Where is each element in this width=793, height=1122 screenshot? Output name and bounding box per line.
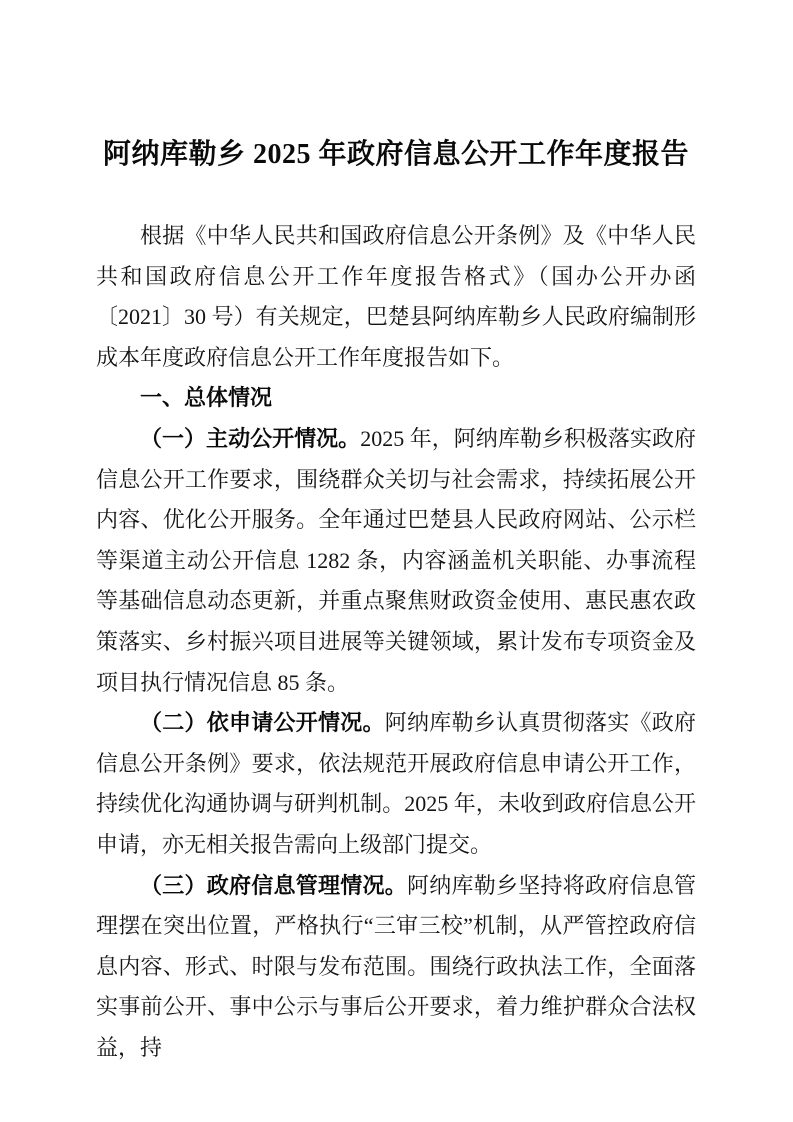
paragraph-proactive-disclosure: （一）主动公开情况。2025 年，阿纳库勒乡积极落实政府信息公开工作要求，围绕群… <box>96 419 696 703</box>
document-title: 阿纳库勒乡 2025 年政府信息公开工作年度报告 <box>96 131 696 179</box>
document-body: 根据《中华人民共和国政府信息公开条例》及《中华人民共和国政府信息公开工作年度报告… <box>96 216 696 1068</box>
intro-paragraph: 根据《中华人民共和国政府信息公开条例》及《中华人民共和国政府信息公开工作年度报告… <box>96 216 696 378</box>
section-heading-overall: 一、总体情况 <box>96 378 696 419</box>
paragraph-lead: （二）依申请公开情况。 <box>140 710 385 735</box>
paragraph-information-management: （三）政府信息管理情况。阿纳库勒乡坚持将政府信息管理摆在突出位置，严格执行“三审… <box>96 866 696 1069</box>
paragraph-lead: （三）政府信息管理情况。 <box>140 873 407 898</box>
paragraph-text: 阿纳库勒乡坚持将政府信息管理摆在突出位置，严格执行“三审三校”机制，从严管控政府… <box>96 873 696 1060</box>
paragraph-text: 2025 年，阿纳库勒乡积极落实政府信息公开工作要求，围绕群众关切与社会需求，持… <box>96 426 696 695</box>
paragraph-disclosure-upon-request: （二）依申请公开情况。阿纳库勒乡认真贯彻落实《政府信息公开条例》要求，依法规范开… <box>96 703 696 865</box>
document-page: 阿纳库勒乡 2025 年政府信息公开工作年度报告 根据《中华人民共和国政府信息公… <box>0 0 793 1122</box>
paragraph-lead: （一）主动公开情况。 <box>140 426 360 451</box>
